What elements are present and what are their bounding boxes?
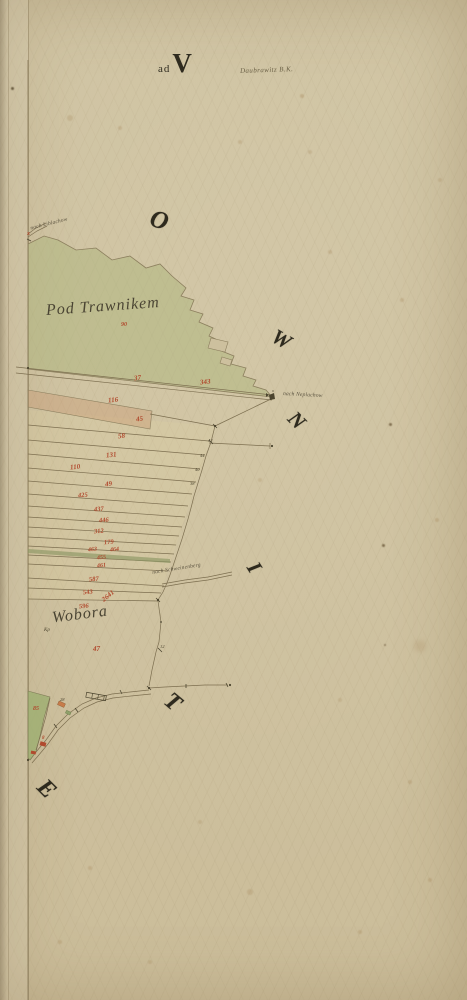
- edge-green-strip: [28, 691, 50, 760]
- map-linework: [0, 0, 467, 1000]
- schweinenberg-path: [162, 572, 232, 587]
- map-sheet: ad V Daubrawitz B.K.: [0, 0, 467, 1000]
- pod-trawnikem-area: [28, 236, 272, 397]
- wobora-right-boundary: [149, 601, 161, 686]
- strip-field-wash: [28, 410, 215, 600]
- liblachow-path: [28, 223, 47, 237]
- bottom-road: [30, 685, 228, 763]
